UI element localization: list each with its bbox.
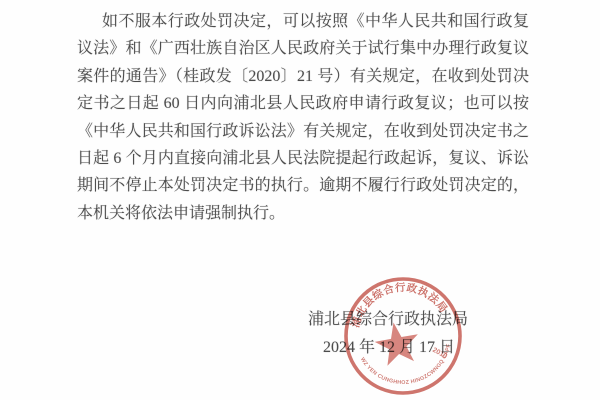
paragraph-line-2: 议法》和《广西壮族自治区人民政府关于试行集中办理行政复议	[77, 35, 529, 62]
paragraph-line-4: 定书之日起 60 日内向浦北县人民政府申请行政复议；也可以按照	[77, 90, 529, 117]
paragraph-line-1: 如不服本行政处罚决定，可以按照《中华人民共和国行政复	[77, 8, 529, 35]
seal-star-icon	[372, 319, 422, 368]
paragraph-line-6: 日起 6 个月内直接向浦北县人民法院提起行政起诉，复议、诉讼	[77, 145, 529, 172]
official-seal-stamp: 浦北县综合行政执法局 BUJBWZ YEN CUNGHHOZ HINGZCWNG…	[338, 271, 468, 400]
paragraph-line-5: 《中华人民共和国行政诉讼法》有关规定，在收到处罚决定书之	[77, 118, 529, 145]
paragraph-line-7: 期间不停止本处罚决定书的执行。逾期不履行行政处罚决定的，	[77, 172, 529, 199]
penalty-appeal-paragraph: 如不服本行政处罚决定，可以按照《中华人民共和国行政复 议法》和《广西壮族自治区人…	[77, 8, 529, 227]
scanned-document-page: 如不服本行政处罚决定，可以按照《中华人民共和国行政复 议法》和《广西壮族自治区人…	[0, 0, 600, 400]
paragraph-line-3: 案件的通告》（桂政发〔2020〕21 号）有关规定，在收到处罚决	[77, 63, 529, 90]
paragraph-line-8: 本机关将依法申请强制执行。	[77, 200, 529, 227]
